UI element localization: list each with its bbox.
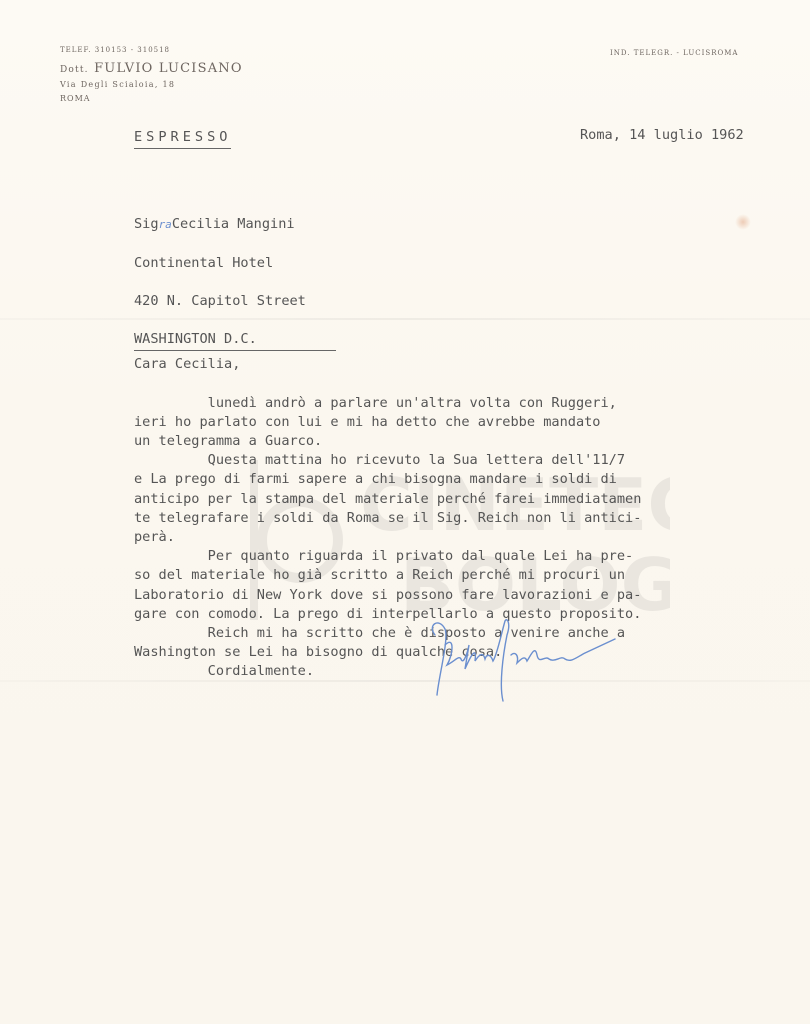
letterhead-street: Via Degli Scialoia, 18	[60, 80, 175, 89]
body-line: Per quanto riguarda il privato dal quale…	[134, 547, 641, 566]
body-line: lunedì andrò a parlare un'altra volta co…	[134, 394, 641, 413]
body-line: e La prego di farmi sapere a chi bisogna…	[134, 470, 641, 489]
body-line: anticipo per la stampa del materiale per…	[134, 490, 641, 509]
recipient-name: Cecilia Mangini	[172, 216, 295, 232]
delivery-mark: ESPRESSO	[134, 128, 231, 149]
letter-date: Roma, 14 luglio 1962	[580, 126, 744, 145]
body-line: Questa mattina ho ricevuto la Sua letter…	[134, 451, 641, 470]
body-line: ieri ho parlato con lui e mi ha detto ch…	[134, 413, 641, 432]
letterhead-name: Dott. FULVIO LUCISANO	[60, 61, 243, 76]
letterhead-phone: TELEF. 310153 - 310518	[60, 46, 170, 54]
body-line: Laboratorio di New York dove si possono …	[134, 586, 641, 605]
recipient-line-2: Continental Hotel	[134, 254, 336, 273]
recipient-line-1: SigraCecilia Mangini	[134, 215, 336, 234]
letterhead-title: Dott.	[60, 65, 89, 75]
handwritten-correction: ra	[159, 218, 172, 231]
handwritten-signature	[425, 615, 625, 705]
recipient-line-3: 420 N. Capitol Street	[134, 292, 336, 311]
letterhead-fullname: FULVIO LUCISANO	[94, 61, 243, 76]
fold-line	[0, 318, 810, 320]
body-line: te telegrafare i soldi da Roma se il Sig…	[134, 509, 641, 528]
body-line: so del materiale ho già scritto a Reich …	[134, 566, 641, 585]
greeting: Cara Cecilia,	[134, 355, 641, 374]
body-line: perà.	[134, 528, 641, 547]
body-line: un telegramma a Guarco.	[134, 432, 641, 451]
paper-stain	[735, 214, 751, 230]
letterhead-telegraph: IND. TELEGR. - LUCISROMA	[610, 49, 738, 57]
salutation-prefix: Sig	[134, 216, 159, 232]
letterhead-city: ROMA	[60, 94, 91, 103]
